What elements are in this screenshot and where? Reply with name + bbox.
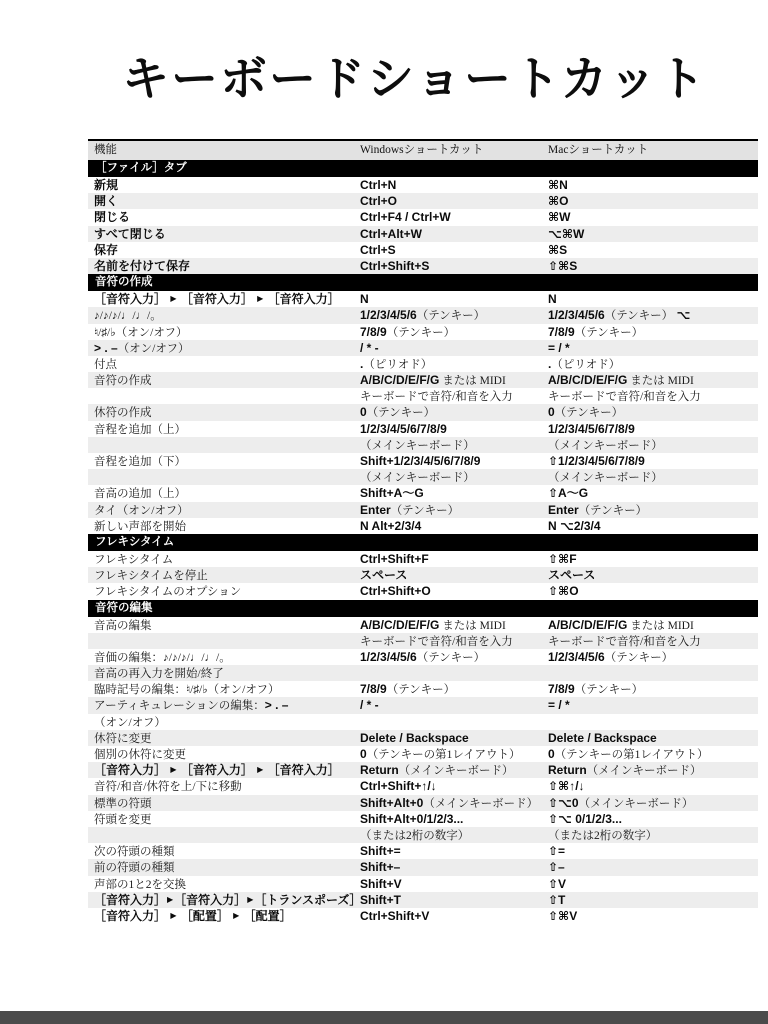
function-cell: 声部の1と2を交換 [88,876,354,893]
table-row: 声部の1と2を交換Shift+V⇧V [88,876,758,892]
mac-shortcut-cell: 7/8/9（テンキー） [542,324,758,341]
table-row: 音高の再入力を開始/終了 [88,665,758,681]
windows-shortcut-cell: Shift+= [354,843,542,860]
mac-shortcut-cell: Enter（テンキー） [542,502,758,519]
function-cell: 音高の再入力を開始/終了 [88,665,354,682]
table-row: 音高の追加（上）Shift+A～G⇧A～G [88,485,758,501]
mac-shortcut-cell: .（ピリオド） [542,356,758,373]
windows-shortcut-cell: Ctrl+S [354,242,542,258]
windows-shortcut-cell: Shift+V [354,876,542,893]
windows-shortcut-cell: Ctrl+Shift+S [354,258,542,274]
windows-shortcut-cell: キーボードで音符/和音を入力 [354,388,542,405]
mac-shortcut-cell: （メインキーボード） [542,469,758,486]
mac-shortcut-cell: スペース [542,567,758,584]
mac-shortcut-cell: N ⌥2/3/4 [542,518,758,535]
table-row: ［音符入力］ ▶ ［音符入力］ ▶ ［音符入力］NN [88,291,758,307]
section-header: 音符の編集 [88,600,758,617]
table-row: 音程を追加（上）1/2/3/4/5/6/7/8/91/2/3/4/5/6/7/8… [88,421,758,437]
table-row: 音符の作成A/B/C/D/E/F/G または MIDIA/B/C/D/E/F/G… [88,372,758,388]
mac-shortcut-cell [542,665,758,682]
windows-shortcut-cell: （または2桁の数字） [354,827,542,844]
windows-shortcut-cell: Ctrl+O [354,193,542,209]
mac-shortcut-cell: 1/2/3/4/5/6（テンキー） [542,649,758,666]
windows-shortcut-cell: 1/2/3/4/5/6（テンキー） [354,649,542,666]
mac-shortcut-cell: ⇧⌘O [542,583,758,600]
function-cell: 休符に変更 [88,730,354,747]
table-row: 標準の符頭Shift+Alt+0（メインキーボード）⇧⌥0（メインキーボード） [88,795,758,811]
column-header-windows: Windowsショートカット [354,141,542,160]
column-header-mac: Macショートカット [542,141,758,160]
windows-shortcut-cell: 1/2/3/4/5/6/7/8/9 [354,421,542,438]
function-cell: 保存 [88,242,354,258]
menu-arrow-icon: ▶ [166,895,174,904]
windows-shortcut-cell: Enter（テンキー） [354,502,542,519]
menu-arrow-icon: ▶ [256,294,264,303]
windows-shortcut-cell [354,665,542,682]
function-cell: 次の符頭の種類 [88,843,354,860]
mac-shortcut-cell: ⌘S [542,242,758,258]
table-row: フレキシタイムのオプションCtrl+Shift+O⇧⌘O [88,583,758,599]
table-row: 名前を付けて保存Ctrl+Shift+S⇧⌘S [88,258,758,274]
function-cell: アーティキュレーションの編集：> . – [88,697,354,714]
function-cell: タイ（オン/オフ） [88,502,354,519]
table-row: 臨時記号の編集：♮/♯/♭（オン/オフ）7/8/9（テンキー）7/8/9（テンキ… [88,681,758,697]
mac-shortcut-cell: A/B/C/D/E/F/G または MIDI [542,372,758,389]
windows-shortcut-cell: Ctrl+N [354,177,542,193]
mac-shortcut-cell: ⇧1/2/3/4/5/6/7/8/9 [542,453,758,470]
shortcut-table: 機能 Windowsショートカット Macショートカット ［ファイル］タブ新規C… [88,139,758,924]
mac-shortcut-cell: ⇧⌘V [542,908,758,926]
function-cell: 臨時記号の編集：♮/♯/♭（オン/オフ） [88,681,354,698]
table-row: 個別の休符に変更0（テンキーの第1レイアウト）0（テンキーの第1レイアウト） [88,746,758,762]
windows-shortcut-cell: Shift+Alt+0/1/2/3... [354,811,542,828]
table-header-row: 機能 Windowsショートカット Macショートカット [88,139,758,160]
windows-shortcut-cell: Ctrl+Shift+O [354,583,542,600]
table-row: 休符の作成0（テンキー）0（テンキー） [88,404,758,420]
function-cell: フレキシタイム [88,551,354,568]
mac-shortcut-cell: キーボードで音符/和音を入力 [542,388,758,405]
table-row: （メインキーボード）（メインキーボード） [88,469,758,485]
table-row: > . –（オン/オフ）/ * -= / * [88,340,758,356]
page-bottom-bar [0,1011,768,1024]
table-row: （メインキーボード）（メインキーボード） [88,437,758,453]
function-cell: 音符/和音/休符を上/下に移動 [88,778,354,795]
mac-shortcut-cell: ⇧⌥0（メインキーボード） [542,795,758,812]
windows-shortcut-cell: N Alt+2/3/4 [354,518,542,535]
table-row: ［音符入力］ ▶ ［配置］ ▶ ［配置］Ctrl+Shift+V⇧⌘V [88,908,758,924]
menu-arrow-icon: ▶ [169,765,177,774]
windows-shortcut-cell: A/B/C/D/E/F/G または MIDI [354,372,542,389]
mac-shortcut-cell: ⇧V [542,876,758,893]
function-cell [88,469,354,486]
windows-shortcut-cell: Ctrl+Shift+F [354,551,542,568]
function-cell: 音程を追加（下） [88,453,354,470]
menu-arrow-icon: ▶ [256,765,264,774]
mac-shortcut-cell: ⌘O [542,193,758,209]
function-cell: フレキシタイムを停止 [88,567,354,584]
menu-arrow-icon: ▶ [169,294,177,303]
function-cell [88,633,354,650]
function-cell: フレキシタイムのオプション [88,583,354,600]
mac-shortcut-cell: ⌘W [542,209,758,225]
table-row: 新しい声部を開始N Alt+2/3/4N ⌥2/3/4 [88,518,758,534]
windows-shortcut-cell: Shift+Alt+0（メインキーボード） [354,795,542,812]
windows-shortcut-cell: Shift+A～G [354,485,542,502]
column-header-function: 機能 [88,141,354,160]
section-header: 音符の作成 [88,274,758,291]
table-row: フレキシタイムCtrl+Shift+F⇧⌘F [88,551,758,567]
mac-shortcut-cell: = / * [542,340,758,357]
menu-arrow-icon: ▶ [169,911,177,920]
function-cell: 音高の編集 [88,617,354,634]
table-row: （オン/オフ） [88,714,758,730]
function-cell: 符頭を変更 [88,811,354,828]
windows-shortcut-cell: .（ピリオド） [354,356,542,373]
windows-shortcut-cell: Ctrl+Shift+↑/↓ [354,778,542,795]
function-cell [88,827,354,844]
table-row: 前の符頭の種類Shift+–⇧– [88,859,758,875]
mac-shortcut-cell: 0（テンキー） [542,404,758,421]
mac-shortcut-cell: キーボードで音符/和音を入力 [542,633,758,650]
function-cell: 休符の作成 [88,404,354,421]
table-row: 音符/和音/休符を上/下に移動Ctrl+Shift+↑/↓⇧⌘↑/↓ [88,778,758,794]
mac-shortcut-cell: ⇧= [542,843,758,860]
mac-shortcut-cell: ⇧– [542,859,758,876]
function-cell: 開く [88,193,354,209]
windows-shortcut-cell: （メインキーボード） [354,469,542,486]
table-row: ♮/♯/♭（オン/オフ）7/8/9（テンキー）7/8/9（テンキー） [88,324,758,340]
mac-shortcut-cell: （または2桁の数字） [542,827,758,844]
function-cell: 音符の作成 [88,372,354,389]
function-cell: すべて閉じる [88,226,354,242]
table-row: 開くCtrl+O⌘O [88,193,758,209]
windows-shortcut-cell [354,714,542,731]
document-page: キーボードショートカット 機能 Windowsショートカット Macショートカッ… [0,54,768,103]
table-row: ［音符入力］▶［音符入力］▶［トランスポーズ］Shift+T⇧T [88,892,758,908]
function-cell: ［音符入力］ ▶ ［配置］ ▶ ［配置］ [88,908,354,926]
mac-shortcut-cell: ⇧⌘F [542,551,758,568]
windows-shortcut-cell: / * - [354,697,542,714]
mac-shortcut-cell: 0（テンキーの第1レイアウト） [542,746,758,763]
mac-shortcut-cell: ⌥⌘W [542,226,758,242]
table-row: キーボードで音符/和音を入力キーボードで音符/和音を入力 [88,633,758,649]
windows-shortcut-cell: スペース [354,567,542,584]
function-cell: 音価の編集：♪/♪/♪/♩/♩/。 [88,649,354,666]
table-row: タイ（オン/オフ）Enter（テンキー）Enter（テンキー） [88,502,758,518]
mac-shortcut-cell: （メインキーボード） [542,437,758,454]
windows-shortcut-cell: 1/2/3/4/5/6（テンキー） [354,307,542,324]
function-cell: 新しい声部を開始 [88,518,354,535]
windows-shortcut-cell: A/B/C/D/E/F/G または MIDI [354,617,542,634]
function-cell: （オン/オフ） [88,714,354,731]
mac-shortcut-cell: ⌘N [542,177,758,193]
table-row: キーボードで音符/和音を入力キーボードで音符/和音を入力 [88,388,758,404]
page-title: キーボードショートカット [122,54,768,103]
windows-shortcut-cell: Ctrl+Alt+W [354,226,542,242]
table-row: 音程を追加（下）Shift+1/2/3/4/5/6/7/8/9⇧1/2/3/4/… [88,453,758,469]
menu-arrow-icon: ▶ [246,895,254,904]
mac-shortcut-cell: 1/2/3/4/5/6/7/8/9 [542,421,758,438]
function-cell: 標準の符頭 [88,795,354,812]
windows-shortcut-cell: 7/8/9（テンキー） [354,324,542,341]
mac-shortcut-cell: 1/2/3/4/5/6（テンキー） ⌥ [542,307,758,324]
function-cell: 音程を追加（上） [88,421,354,438]
windows-shortcut-cell: / * - [354,340,542,357]
windows-shortcut-cell: キーボードで音符/和音を入力 [354,633,542,650]
table-row: 新規Ctrl+N⌘N [88,177,758,193]
windows-shortcut-cell: （メインキーボード） [354,437,542,454]
mac-shortcut-cell: = / * [542,697,758,714]
function-cell: 閉じる [88,209,354,225]
mac-shortcut-cell: ⇧⌘↑/↓ [542,778,758,795]
mac-shortcut-cell: ⇧⌥ 0/1/2/3... [542,811,758,828]
function-cell: 音高の追加（上） [88,485,354,502]
mac-shortcut-cell [542,714,758,731]
mac-shortcut-cell: 7/8/9（テンキー） [542,681,758,698]
windows-shortcut-cell: Shift+– [354,859,542,876]
mac-shortcut-cell: ⇧⌘S [542,258,758,274]
table-row: 次の符頭の種類Shift+=⇧= [88,843,758,859]
windows-shortcut-cell: Ctrl+Shift+V [354,908,542,926]
table-row: 音高の編集A/B/C/D/E/F/G または MIDIA/B/C/D/E/F/G… [88,617,758,633]
function-cell [88,437,354,454]
section-header: フレキシタイム [88,534,758,551]
table-row: 音価の編集：♪/♪/♪/♩/♩/。1/2/3/4/5/6（テンキー）1/2/3/… [88,649,758,665]
table-row: 閉じるCtrl+F4 / Ctrl+W⌘W [88,209,758,225]
function-cell: 個別の休符に変更 [88,746,354,763]
table-row: 付点.（ピリオド）.（ピリオド） [88,356,758,372]
menu-arrow-icon: ▶ [232,911,240,920]
windows-shortcut-cell: 0（テンキー） [354,404,542,421]
mac-shortcut-cell: ⇧A～G [542,485,758,502]
function-cell: ♮/♯/♭（オン/オフ） [88,324,354,341]
table-row: 休符に変更Delete / BackspaceDelete / Backspac… [88,730,758,746]
function-cell: 新規 [88,177,354,193]
table-row: アーティキュレーションの編集：> . –/ * -= / * [88,697,758,713]
table-row: 符頭を変更Shift+Alt+0/1/2/3...⇧⌥ 0/1/2/3... [88,811,758,827]
function-cell: 名前を付けて保存 [88,258,354,274]
table-row: すべて閉じるCtrl+Alt+W⌥⌘W [88,226,758,242]
windows-shortcut-cell: Shift+1/2/3/4/5/6/7/8/9 [354,453,542,470]
mac-shortcut-cell: Delete / Backspace [542,730,758,747]
section-header: ［ファイル］タブ [88,160,758,177]
table-row: フレキシタイムを停止スペーススペース [88,567,758,583]
windows-shortcut-cell: Ctrl+F4 / Ctrl+W [354,209,542,225]
function-cell: > . –（オン/オフ） [88,340,354,357]
table-body: ［ファイル］タブ新規Ctrl+N⌘N開くCtrl+O⌘O閉じるCtrl+F4 /… [88,160,758,924]
function-cell: 付点 [88,356,354,373]
table-row: 保存Ctrl+S⌘S [88,242,758,258]
table-row: ♪/♪/♪/♩/♩/。1/2/3/4/5/6（テンキー）1/2/3/4/5/6（… [88,307,758,323]
windows-shortcut-cell: Delete / Backspace [354,730,542,747]
table-row: ［音符入力］ ▶ ［音符入力］ ▶ ［音符入力］Return（メインキーボード）… [88,762,758,778]
function-cell: 前の符頭の種類 [88,859,354,876]
windows-shortcut-cell: 0（テンキーの第1レイアウト） [354,746,542,763]
function-cell [88,388,354,405]
table-row: （または2桁の数字）（または2桁の数字） [88,827,758,843]
mac-shortcut-cell: A/B/C/D/E/F/G または MIDI [542,617,758,634]
function-cell: ♪/♪/♪/♩/♩/。 [88,307,354,324]
windows-shortcut-cell: 7/8/9（テンキー） [354,681,542,698]
